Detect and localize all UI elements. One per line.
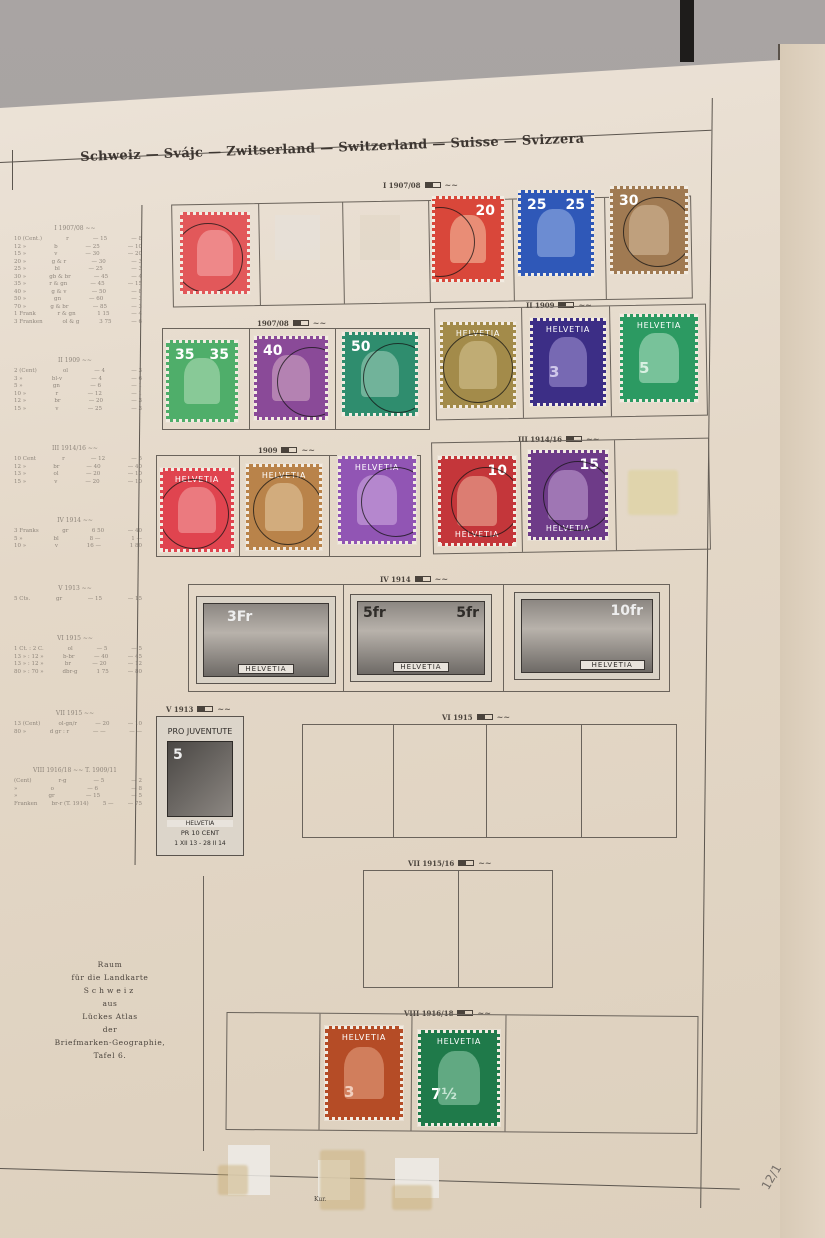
- catalogue-row: 13 » : 12 »br— 20— 12: [0, 661, 150, 669]
- catalogue-block-4: IV 1914 ~~ 3 Franksgr6 50— 405 »bl8 —1 —…: [0, 517, 150, 551]
- postmark-icon: [363, 343, 418, 413]
- postmark-icon: [253, 475, 322, 545]
- set-label-text: IV 1914: [380, 575, 411, 584]
- perforation-icon: [197, 706, 213, 712]
- catalogue-cell: — 12: [88, 391, 102, 399]
- catalogue-cell: o: [51, 786, 54, 794]
- country-band: HELVETIA: [580, 660, 645, 670]
- caption-line: Tafel 6.: [20, 1049, 200, 1062]
- set-label-text: 1907/08: [257, 319, 289, 328]
- catalogue-row: 3 »bl-v— 4— 6: [0, 376, 150, 384]
- catalogue-cell: — 5: [131, 793, 142, 801]
- catalogue-heading: II 1909 ~~: [0, 357, 150, 364]
- catalogue-cell: — 20: [128, 251, 142, 259]
- catalogue-row: 15 »v— 20— 10: [0, 479, 150, 487]
- catalogue-cell: — 4: [91, 376, 102, 384]
- catalogue-cell: — 6: [87, 786, 98, 794]
- catalogue-block-6: VI 1915 ~~ 1 Ct. : 2 C.ol— 5— 513 » : 12…: [0, 635, 150, 676]
- catalogue-cell: 1 Ct. : 2 C.: [14, 646, 44, 654]
- hinge-remnant: [360, 215, 400, 260]
- catalogue-cell: — 50: [92, 289, 106, 297]
- hinge-remnant: [628, 470, 678, 515]
- map-caption: Raum für die Landkarte Schweiz aus Lücke…: [20, 958, 200, 1062]
- catalogue-cell: r-g: [59, 778, 67, 786]
- caption-line: Raum: [20, 958, 200, 971]
- catalogue-row: 15 »v— 25— 3: [0, 406, 150, 414]
- catalogue-cell: — 15: [86, 793, 100, 801]
- catalogue-sidebar: I 1907/08 ~~ 10 (Cent.)r— 15— 812 »b— 25…: [0, 205, 150, 865]
- catalogue-cell: gb & br: [49, 274, 71, 282]
- catalogue-cell: g & r: [52, 259, 67, 267]
- catalogue-heading: I 1907/08 ~~: [0, 225, 150, 232]
- catalogue-cell: 12 »: [14, 398, 26, 406]
- slot-divider: [504, 1015, 506, 1131]
- catalogue-cell: — 80: [128, 669, 142, 677]
- catalogue-row: 15 »v— 30— 20: [0, 251, 150, 259]
- face-value: 5: [173, 747, 183, 763]
- face-value: 25: [527, 197, 546, 213]
- helvetia-figure-icon: [537, 209, 576, 257]
- stamp-15c-helvetia-bust-violet[interactable]: HELVETIA: [338, 456, 416, 544]
- catalogue-block-1: I 1907/08 ~~ 10 (Cent.)r— 15— 812 »b— 25…: [0, 225, 150, 326]
- watermark-icon: ~~: [497, 712, 510, 722]
- stamp-50c-helvetia-green[interactable]: 50: [342, 332, 418, 416]
- catalogue-row: 12 »br— 40— 40: [0, 464, 150, 472]
- face-value: 10fr: [611, 603, 643, 619]
- glue-stain: [320, 1150, 365, 1210]
- catalogue-row: 1 Ct. : 2 C.ol— 5— 5: [0, 646, 150, 654]
- catalogue-cell: 5 »: [14, 383, 23, 391]
- country-band: HELVETIA: [238, 664, 293, 674]
- catalogue-cell: gr: [62, 528, 68, 536]
- stamp-tell-boy-olive[interactable]: HELVETIA: [440, 322, 516, 408]
- slot-divider: [614, 440, 617, 550]
- catalogue-cell: 5 Cts.: [14, 596, 30, 604]
- slot-divider: [329, 456, 330, 556]
- table-gap: [680, 0, 694, 62]
- catalogue-cell: — 2: [131, 778, 142, 786]
- glue-stain: [392, 1185, 432, 1210]
- catalogue-cell: — 6: [131, 319, 142, 327]
- catalogue-row: (Cent)r-g— 5— 2: [0, 778, 150, 786]
- catalogue-cell: br: [54, 398, 60, 406]
- catalogue-cell: — 5: [131, 646, 142, 654]
- slot-divider: [335, 329, 336, 429]
- surcharge-text: PR 10 CENT: [161, 829, 239, 837]
- catalogue-cell: — 3: [131, 406, 142, 414]
- perforation-icon: [477, 714, 493, 720]
- set-6-frame: [302, 724, 677, 838]
- postmark-icon: [451, 467, 516, 537]
- stamp-12c-helvetia-bust-bistre[interactable]: HELVETIA: [246, 464, 322, 550]
- catalogue-cell: — 30: [92, 259, 106, 267]
- catalogue-block-8: VIII 1916/18 ~~ T. 1909/11 (Cent)r-g— 5—…: [0, 767, 150, 808]
- catalogue-cell: gn: [54, 296, 61, 304]
- face-value: 5fr: [363, 605, 386, 621]
- catalogue-cell: — 4: [131, 274, 142, 282]
- catalogue-cell: — 75: [128, 801, 142, 809]
- catalogue-cell: — 3: [131, 304, 142, 312]
- catalogue-cell: 15 »: [14, 251, 26, 259]
- catalogue-cell: 1 Frank: [14, 311, 36, 319]
- catalogue-heading: IV 1914 ~~: [0, 517, 150, 524]
- catalogue-row: 5 Cts.gr— 15— 15: [0, 596, 150, 604]
- watermark-icon: ~~: [313, 318, 326, 328]
- catalogue-cell: gn: [53, 383, 60, 391]
- catalogue-cell: 2 (Cent): [14, 368, 37, 376]
- stamp-40c-helvetia-purple[interactable]: 40: [254, 336, 328, 420]
- tell-boy-figure-icon: [549, 337, 588, 386]
- catalogue-cell: 3 Franken: [14, 319, 43, 327]
- country-band: HELVETIA: [425, 1036, 493, 1047]
- catalogue-cell: 5 —: [103, 801, 114, 809]
- catalogue-heading: VII 1915 ~~: [0, 710, 150, 717]
- catalogue-cell: 10 (Cent.): [14, 236, 42, 244]
- catalogue-heading: III 1914/16 ~~: [0, 445, 150, 452]
- stamp-5c-tell-boy-green[interactable]: HELVETIA 5: [620, 314, 698, 402]
- catalogue-cell: — 60: [89, 296, 103, 304]
- printed-10fr-jungfrau: 10fr HELVETIA: [514, 592, 660, 680]
- catalogue-cell: 13 (Cent): [14, 721, 40, 729]
- postmark-icon: [543, 461, 608, 531]
- stamp-10c-helvetia-red[interactable]: [180, 212, 250, 294]
- catalogue-cell: 12 »: [14, 464, 26, 472]
- perforation-icon: [415, 576, 431, 582]
- catalogue-cell: — 45: [94, 274, 108, 282]
- postmark-icon: [160, 479, 229, 549]
- set-label-text: VII 1915/16: [408, 859, 454, 868]
- catalogue-cell: — 3: [131, 368, 142, 376]
- catalogue-cell: — 40: [128, 464, 142, 472]
- face-value: 50: [351, 339, 370, 355]
- slot-divider: [249, 329, 250, 429]
- catalogue-cell: 3 »: [14, 376, 23, 384]
- catalogue-cell: b-br: [63, 654, 75, 662]
- catalogue-cell: — 5: [131, 456, 142, 464]
- watermark-icon: ~~: [435, 574, 448, 584]
- catalogue-cell: — 10: [128, 244, 142, 252]
- catalogue-cell: bl: [53, 536, 58, 544]
- catalogue-cell: br: [53, 464, 59, 472]
- empty-slot[interactable]: [393, 725, 394, 837]
- hinge-remnant: [275, 215, 320, 260]
- set-label-text: I 1907/08: [383, 181, 421, 190]
- catalogue-cell: — 3: [131, 259, 142, 267]
- footer-mark: Kur.: [314, 1196, 326, 1203]
- catalogue-cell: — 12: [128, 661, 142, 669]
- catalogue-cell: — 8: [131, 289, 142, 297]
- catalogue-cell: gr: [49, 793, 55, 801]
- stamp-30c-helvetia-brown[interactable]: 30: [610, 186, 688, 274]
- face-value: 3Fr: [227, 609, 252, 625]
- catalogue-row: 50 »gn— 60— 3: [0, 296, 150, 304]
- catalogue-row: »gr— 15— 5: [0, 793, 150, 801]
- catalogue-row: 30 »gb & br— 45— 4: [0, 274, 150, 282]
- perforation-icon: [281, 447, 297, 453]
- catalogue-cell: — 20: [95, 721, 109, 729]
- catalogue-cell: ol & g: [62, 319, 79, 327]
- empty-slot[interactable]: [581, 725, 582, 837]
- catalogue-block-7: VII 1915 ~~ 13 (Cent)ol-gn/r— 20— 1080 »…: [0, 710, 150, 736]
- slot-divider: [318, 1014, 320, 1130]
- catalogue-cell: — 40: [94, 654, 108, 662]
- catalogue-cell: 8 —: [90, 536, 101, 544]
- catalogue-heading: VI 1915 ~~: [0, 635, 150, 642]
- catalogue-cell: — 6: [131, 376, 142, 384]
- catalogue-cell: 6 50: [92, 528, 104, 536]
- slot-divider: [503, 585, 504, 691]
- catalogue-row: 25 »bl— 25— 3: [0, 266, 150, 274]
- country-band: HELVETIA: [332, 1032, 396, 1043]
- catalogue-cell: — 45: [90, 281, 104, 289]
- left-margin-mark: [12, 150, 13, 190]
- catalogue-cell: bl: [55, 266, 60, 274]
- caption-line: Lückes Atlas: [20, 1010, 200, 1023]
- tell-boy-figure-icon: [344, 1047, 384, 1100]
- catalogue-cell: »: [14, 793, 17, 801]
- catalogue-cell: — 25: [88, 406, 102, 414]
- catalogue-row: 80 »d gr : r— —— —: [0, 729, 150, 737]
- caption-line: für die Landkarte: [20, 971, 200, 984]
- stamp-25c-helvetia-blue[interactable]: 25 25: [518, 190, 594, 276]
- catalogue-cell: 10 Cent: [14, 456, 36, 464]
- catalogue-cell: 1 15: [97, 311, 109, 319]
- catalogue-cell: 15 »: [14, 479, 26, 487]
- catalogue-cell: — 20: [92, 661, 106, 669]
- slot-divider: [239, 456, 240, 556]
- catalogue-cell: — 5: [97, 646, 108, 654]
- postmark-icon: [361, 467, 416, 537]
- slot-divider: [410, 1015, 412, 1131]
- catalogue-cell: 13 » : 12 »: [14, 654, 44, 662]
- catalogue-row: 3 Frankenol & g3 75— 6: [0, 319, 150, 327]
- postmark-icon: [443, 333, 513, 403]
- catalogue-cell: 12 »: [14, 244, 26, 252]
- empty-slot[interactable]: [486, 725, 487, 837]
- catalogue-row: »o— 6— 8: [0, 786, 150, 794]
- watermark-icon: ~~: [478, 858, 491, 868]
- catalogue-cell: — 15: [88, 596, 102, 604]
- catalogue-row: 80 » : 70 »dbr-g1 75— 80: [0, 669, 150, 677]
- stamp-10c-tell-red[interactable]: 10 HELVETIA: [438, 456, 516, 546]
- watermark-icon: ~~: [301, 445, 314, 455]
- set-7-frame: [363, 870, 553, 988]
- catalogue-cell: 13 »: [14, 471, 26, 479]
- face-value: 25: [566, 197, 585, 213]
- printed-pro-juventute: PRO JUVENTUTE 5 HELVETIA PR 10 CENT 1 XI…: [156, 716, 244, 856]
- slot-divider: [428, 201, 431, 302]
- catalogue-cell: v: [54, 479, 57, 487]
- catalogue-cell: — 3: [131, 398, 142, 406]
- catalogue-cell: ol-gn/r: [59, 721, 77, 729]
- catalogue-cell: g & v: [51, 289, 66, 297]
- catalogue-cell: ol: [54, 471, 59, 479]
- catalogue-cell: v: [55, 543, 58, 551]
- catalogue-cell: — 30: [85, 251, 99, 259]
- catalogue-row: 10 »v16 —1 80: [0, 543, 150, 551]
- catalogue-cell: — 45: [128, 654, 142, 662]
- catalogue-cell: — 8: [131, 786, 142, 794]
- catalogue-cell: — 15: [128, 596, 142, 604]
- catalogue-cell: — 10: [128, 721, 142, 729]
- catalogue-cell: — 3: [131, 296, 142, 304]
- caption-line: Briefmarken-Geographie,: [20, 1036, 200, 1049]
- catalogue-cell: 1 75: [97, 669, 109, 677]
- catalogue-row: 13 (Cent)ol-gn/r— 20— 10: [0, 721, 150, 729]
- postmark-icon: [180, 223, 243, 293]
- slot-divider: [258, 204, 261, 305]
- catalogue-cell: br-r (T. 1914): [52, 801, 89, 809]
- catalogue-cell: 35 »: [14, 281, 26, 289]
- catalogue-block-5: V 1913 ~~ 5 Cts.gr— 15— 15: [0, 585, 150, 604]
- catalogue-cell: — —: [129, 729, 142, 737]
- country-band: HELVETIA: [627, 320, 691, 331]
- catalogue-row: 12 »b— 25— 10: [0, 244, 150, 252]
- set-label-1b: 1907/08 ~~: [257, 318, 326, 328]
- catalogue-row: 12 »br— 20— 3: [0, 398, 150, 406]
- catalogue-cell: — 25: [88, 266, 102, 274]
- catalogue-cell: 3 75: [99, 319, 111, 327]
- catalogue-cell: — 20: [89, 398, 103, 406]
- catalogue-row: 13 » : 12 »b-br— 40— 45: [0, 654, 150, 662]
- catalogue-cell: r & gn: [58, 311, 76, 319]
- catalogue-row: 13 »ol— 20— 10: [0, 471, 150, 479]
- catalogue-cell: 70 »: [14, 304, 26, 312]
- catalogue-heading: V 1913 ~~: [0, 585, 150, 592]
- printed-3fr-mythen: 3Fr HELVETIA: [196, 596, 336, 684]
- catalogue-cell: 3 Franks: [14, 528, 39, 536]
- catalogue-cell: r & gn: [49, 281, 67, 289]
- caption-line: Schweiz: [20, 984, 200, 997]
- slot-divider: [521, 308, 524, 418]
- catalogue-cell: — 3: [131, 266, 142, 274]
- stamp-10c-helvetia-bust-red[interactable]: HELVETIA: [160, 468, 234, 552]
- catalogue-cell: 40 »: [14, 289, 26, 297]
- set-label-7: VII 1915/16 ~~: [408, 858, 492, 868]
- perforation-icon: [458, 860, 474, 866]
- stamp-3c-tell-boy-brown[interactable]: HELVETIA 3: [325, 1026, 403, 1120]
- set-label-1: I 1907/08 ~~: [383, 180, 458, 190]
- catalogue-cell: gr: [56, 596, 62, 604]
- catalogue-cell: 50 »: [14, 296, 26, 304]
- slot-divider: [512, 200, 515, 301]
- catalogue-cell: br: [65, 661, 71, 669]
- set-label-2b: 1909 ~~: [258, 445, 315, 455]
- tell-boy-figure-icon: [639, 333, 679, 382]
- tell-boy-figure-icon: [438, 1051, 480, 1105]
- country-band: HELVETIA: [167, 820, 233, 827]
- catalogue-cell: g & br: [50, 304, 68, 312]
- catalogue-row: 10 (Cent.)r— 15— 8: [0, 236, 150, 244]
- catalogue-row: 10 Centr— 12— 5: [0, 456, 150, 464]
- catalogue-cell: ol: [63, 368, 68, 376]
- catalogue-cell: — 4: [94, 368, 105, 376]
- empty-slot[interactable]: [458, 871, 459, 987]
- catalogue-cell: 25 »: [14, 266, 26, 274]
- catalogue-cell: — —: [93, 729, 106, 737]
- caption-line: der: [20, 1023, 200, 1036]
- catalogue-block-2: II 1909 ~~ 2 (Cent)ol— 4— 33 »bl-v— 4— 6…: [0, 357, 150, 413]
- catalogue-cell: 5 »: [14, 536, 23, 544]
- catalogue-cell: — 40: [128, 528, 142, 536]
- set-label-text: 1909: [258, 446, 277, 455]
- catalogue-cell: 80 » : 70 »: [14, 669, 44, 677]
- catalogue-cell: r: [62, 456, 65, 464]
- catalogue-heading: VIII 1916/18 ~~ T. 1909/11: [0, 767, 150, 774]
- catalogue-cell: v: [55, 406, 58, 414]
- catalogue-cell: — 20: [85, 479, 99, 487]
- catalogue-cell: — 1: [131, 383, 142, 391]
- catalogue-row: 70 »g & br— 85— 3: [0, 304, 150, 312]
- catalogue-cell: — 10: [128, 479, 142, 487]
- catalogue-cell: — 8: [131, 236, 142, 244]
- catalogue-row: 35 »r & gn— 45— 15: [0, 281, 150, 289]
- catalogue-cell: 10 »: [14, 543, 26, 551]
- set-label-5: V 1913 ~~: [166, 704, 231, 714]
- slot-divider: [343, 585, 344, 691]
- catalogue-cell: 10 »: [14, 391, 26, 399]
- catalogue-cell: — 15: [93, 236, 107, 244]
- catalogue-cell: r: [56, 391, 59, 399]
- set-label-text: V 1913: [166, 705, 193, 714]
- stamp-heading: PRO JUVENTUTE: [165, 727, 235, 736]
- stamp-3c-tell-boy-violet[interactable]: HELVETIA 3: [530, 318, 606, 406]
- country-band: HELVETIA: [393, 662, 449, 672]
- slot-divider: [520, 442, 523, 552]
- catalogue-row: 20 »g & r— 30— 3: [0, 259, 150, 267]
- date-text: 1 XII 13 - 28 II 14: [161, 840, 239, 847]
- slot-divider: [604, 198, 607, 299]
- catalogue-row: 2 (Cent)ol— 4— 3: [0, 368, 150, 376]
- watermark-icon: ~~: [445, 180, 458, 190]
- catalogue-row: 1 Frankr & gn1 15— 4: [0, 311, 150, 319]
- helvetia-figure-icon: [184, 358, 220, 404]
- caption-line: aus: [20, 997, 200, 1010]
- catalogue-cell: 20 »: [14, 259, 26, 267]
- slot-divider: [342, 203, 345, 304]
- catalogue-cell: 80 »: [14, 729, 26, 737]
- catalogue-cell: d gr : r: [50, 729, 69, 737]
- catalogue-cell: »: [14, 786, 17, 794]
- stamp-15c-tell-violet[interactable]: 15 HELVETIA: [528, 450, 608, 540]
- catalogue-cell: bl-v: [52, 376, 62, 384]
- catalogue-row: 40 »g & v— 50— 8: [0, 289, 150, 297]
- next-album-page-edge: [778, 44, 825, 1238]
- slot-divider: [609, 306, 612, 416]
- catalogue-cell: — 5: [94, 778, 105, 786]
- stamp-7-5c-tell-boy-green[interactable]: HELVETIA 7½: [418, 1030, 500, 1126]
- catalogue-cell: — 12: [91, 456, 105, 464]
- catalogue-cell: Franken: [14, 801, 37, 809]
- stamp-35c-helvetia-green[interactable]: 35 35: [166, 340, 238, 422]
- catalogue-row: Frankenbr-r (T. 1914)5 —— 75: [0, 801, 150, 809]
- set-label-text: VI 1915: [442, 713, 473, 722]
- catalogue-cell: — 6: [90, 383, 101, 391]
- catalogue-cell: dbr-g: [63, 669, 78, 677]
- catalogue-cell: — 25: [86, 244, 100, 252]
- catalogue-cell: 16 —: [87, 543, 101, 551]
- stamp-20c-helvetia-red[interactable]: 20: [432, 196, 504, 282]
- catalogue-cell: — 1: [131, 391, 142, 399]
- set-label-6: VI 1915 ~~: [442, 712, 510, 722]
- catalogue-cell: 1 —: [131, 536, 142, 544]
- catalogue-row: 5 »gn— 6— 1: [0, 383, 150, 391]
- catalogue-cell: — 4: [131, 311, 142, 319]
- catalogue-row: 5 »bl8 —1 —: [0, 536, 150, 544]
- watermark-icon: ~~: [217, 704, 230, 714]
- perforation-icon: [293, 320, 309, 326]
- perforation-icon: [425, 182, 441, 188]
